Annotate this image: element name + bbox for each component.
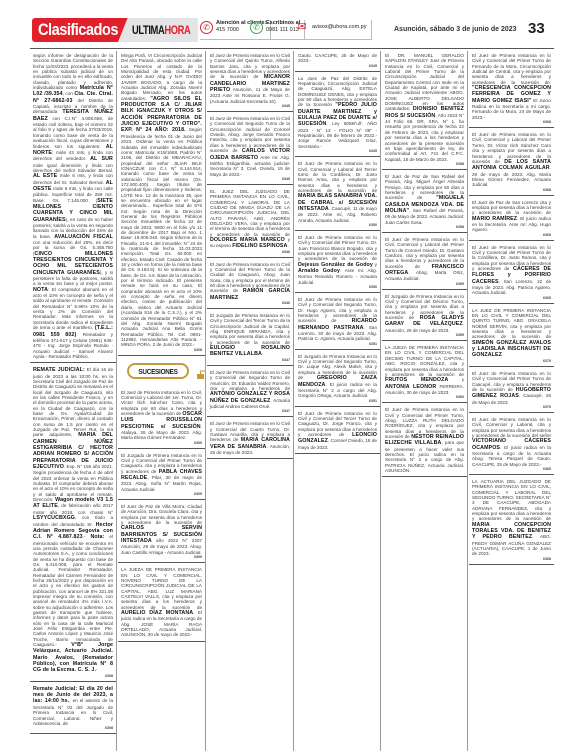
notice-text: El DR. MANUEL GERALDO SAPILDIN STANLEY J…	[385, 53, 464, 162]
notice-text: El Juez de Primera Instancia en lo Civil…	[472, 417, 551, 467]
classified-notice: El Juzgado de Primera Instancia en lo Ci…	[207, 311, 293, 366]
classified-notice: El Juzgado de Primera Instancia en lo Ci…	[382, 292, 467, 341]
notice-text: EL JUEZ DEL JUZGADO DE PRIMERA INSTANCIA…	[210, 189, 290, 250]
contact-email: ✉ avisos@uhora.com.py	[295, 20, 372, 40]
classified-notice: Gauto. CAACUPE, 25 de Mayo de 2023.-6349	[295, 51, 380, 72]
classified-notice: El Juez de Primera Instancia en lo Civil…	[469, 130, 554, 195]
notice-text: El Juez de Primera Instancia en lo Civil…	[210, 53, 290, 104]
notice-reference-number: 6308	[33, 674, 113, 678]
classified-notice: El Juzgado de Primera Instancia en lo Ci…	[118, 451, 205, 500]
notice-text: El Juzgado de Primera Instancia en lo Ci…	[121, 453, 202, 492]
notice-text: Remate Judicial: El día 20 del mes de Ju…	[33, 686, 113, 726]
classified-notice: El Juez de Paz de San Rafael del Paraná,…	[382, 172, 467, 233]
classified-notice: El Juzgado de Primera Instancia en lo Ci…	[295, 352, 380, 407]
notice-text: El Juzgado de Primera Instancia en lo Ci…	[210, 313, 290, 358]
column-1: según informe de designación de la Secci…	[30, 51, 117, 751]
notice-reference-number: 6368	[472, 557, 551, 561]
classified-notice: El Juez de Paz de Villa Morra, Ciudad de…	[118, 502, 205, 563]
notice-reference-number: 6345	[210, 177, 290, 181]
sucesiones-label-pill: SUCESIONES	[127, 363, 189, 379]
notice-text: Minga Porã, VI Circunscripción Judicial …	[121, 53, 202, 348]
page-header: Clasificados ULTIMAHORA ✆ Atención al cl…	[0, 16, 580, 44]
notice-reference-number: 6308	[121, 348, 202, 352]
column-6: El Juez de Primera Instancia en lo Civil…	[469, 51, 554, 751]
notice-text: El Juez de Primera Instancia en lo Civil…	[472, 245, 551, 296]
section-title-banner: Clasificados	[32, 18, 130, 42]
notice-reference-number: 6309	[121, 441, 202, 445]
notice-text: El Juez de Primera Instancia en lo Civil…	[472, 53, 551, 120]
notice-text: El Juez de Primera Instancia en lo Civil…	[298, 235, 377, 285]
phone-icon: ✆	[200, 21, 213, 34]
classified-notice: El Juez de Primera Instancia en lo Civil…	[295, 159, 380, 231]
notice-reference-number: 6369	[472, 233, 551, 237]
notice-text: LA JUEZA DE PRIMERA INSTANCIA EN LO CIVI…	[385, 345, 464, 395]
classified-notice: El Juez de Primera Instancia en lo Civil…	[118, 388, 205, 449]
notice-text: El Juez de Primera Instancia en lo Civil…	[385, 237, 464, 282]
header-divider	[30, 48, 554, 49]
notice-text: El Juez de Primera Instancia en lo Civil…	[121, 390, 202, 441]
classified-notice: según informe de designación de la Secci…	[30, 51, 116, 363]
notice-text: El Juez de Primera Instancia en lo Civil…	[472, 371, 551, 405]
classified-notice: EL JUEZ DEL JUZGADO DE PRIMERA INSTANCIA…	[207, 187, 293, 258]
notice-text: El Juez de Primera Instancia en lo Civil…	[298, 297, 377, 342]
classified-notice: Minga Porã, VI Circunscripción Judicial …	[118, 51, 205, 356]
notice-reference-number: 6346	[210, 301, 290, 305]
classified-notice: El DR. MANUEL GERALDO SAPILDIN STANLEY J…	[382, 51, 467, 170]
classified-notice: El Juez de Primera Instancia en lo Civil…	[469, 415, 554, 475]
notice-reference-number: 6349	[298, 149, 377, 153]
notice-reference-number: 6370	[472, 405, 551, 409]
notice-reference-number: 6360	[385, 395, 464, 399]
notice-reference-number: 6358	[385, 225, 464, 229]
notice-reference-number: 6369	[472, 467, 551, 471]
column-4: Gauto. CAACUPE, 25 de Mayo de 2023.-6349…	[295, 51, 381, 751]
notice-reference-number: 6369	[472, 296, 551, 300]
notice-reference-number: 6346	[210, 250, 290, 254]
notice-reference-number: 6351	[298, 399, 377, 403]
notice-reference-number: 6309	[121, 555, 202, 559]
notice-reference-number: 6368	[472, 120, 551, 124]
notice-reference-number: 6347	[210, 358, 290, 362]
classified-notice: LA JUEZA DE PRIMERA INSTANCIA EN LO CIVI…	[118, 565, 205, 641]
notice-text: LA JUEZ DE PRIMERA INSTANCIA EN LO CIVIL…	[472, 308, 551, 359]
classified-notice: El Juez de Primera Instancia en lo Civil…	[207, 368, 293, 417]
classified-notice: La Juez de Paz del Distrito de Repatriac…	[295, 74, 380, 157]
notice-reference-number: 6347	[210, 409, 290, 413]
page-number: 33	[528, 20, 545, 37]
classified-notice: El Juez de Primera Instancia en lo Civil…	[382, 405, 467, 477]
notice-text: El Juzgado de Primera Instancia en lo Ci…	[385, 294, 464, 333]
column-2: Minga Porã, VI Circunscripción Judicial …	[118, 51, 206, 751]
classified-notice: El Juez de Primera Instancia en lo Civil…	[382, 235, 467, 290]
notice-text: El Juez de Primera Instancia en lo Civil…	[298, 411, 377, 450]
notice-text: Gauto. CAACUPE, 25 de Mayo de 2023.-	[298, 53, 377, 64]
envelope-icon: ✉	[295, 21, 309, 34]
column-5: El DR. MANUEL GERALDO SAPILDIN STANLEY J…	[382, 51, 468, 751]
notice-text: El Juez de Primera Instancia en lo Civil…	[385, 407, 464, 473]
classified-notice: Remate Judicial: El día 20 del mes de Ju…	[30, 684, 116, 734]
notice-text: El Juez de Paz de Villa Morra, Ciudad de…	[121, 504, 202, 555]
classified-notice: LA ACTUARIA DEL JUZGADO DE PRIMERA INSTA…	[469, 477, 554, 565]
notice-reference-number: 6349	[298, 64, 377, 68]
notice-text: El Juez de Paz de San Lorenzo cita y emp…	[472, 200, 551, 233]
notice-text: El Juez de Primera Instancia en lo Civil…	[298, 161, 377, 223]
classified-notice: El Juez de Primera Instancia en lo Civil…	[295, 409, 380, 454]
dateline: Asunción, sábado 3 de junio de 2023	[394, 26, 517, 33]
column-3: El Juez de Primera Instancia en lo Civil…	[207, 51, 294, 751]
notice-reference-number: 6345	[210, 104, 290, 108]
classified-notice: El Juez de Primera Instancia en lo Civil…	[469, 51, 554, 128]
classified-notice: LA JUEZA DE PRIMERA INSTANCIA EN LO CIVI…	[382, 343, 467, 403]
notice-reference-number: 6358	[385, 162, 464, 166]
classified-notice: El Juez de Paz de San Lorenzo cita y emp…	[469, 198, 554, 241]
notice-reference-number: 6308	[33, 726, 113, 730]
newspaper-logo: ULTIMAHORA	[132, 23, 190, 37]
notice-reference-number: 6309	[121, 492, 202, 496]
classified-notice: El Juez de Primera Instancia en lo Civil…	[207, 419, 293, 459]
classified-notice: El Juez de Primera Instancia en lo Civil…	[295, 295, 380, 350]
notice-reference-number: 6359	[385, 282, 464, 286]
whatsapp-icon: ✆	[250, 21, 263, 34]
notice-reference-number: 6350	[298, 223, 377, 227]
classified-notice: REMATE JUDICIAL: El día 16 de junio de 2…	[30, 365, 116, 682]
notice-text: LA ACTUARIA DEL JUZGADO DE PRIMERA INSTA…	[472, 479, 551, 557]
classified-notice: LA JUEZ DE PRIMERA INSTANCIA EN LO CIVIL…	[469, 306, 554, 367]
classified-notice: El Juez de Primera Instancia en lo Civil…	[207, 260, 293, 309]
family-tree-icon	[197, 362, 206, 380]
notice-reference-number: 6370	[472, 359, 551, 363]
notice-text: El Juez de Paz de San Rafael del Paraná,…	[385, 174, 464, 225]
notice-text: REMATE JUDICIAL: El día 16 de junio de 2…	[33, 367, 113, 674]
classified-notice: El Juez de Primera Instancia en lo Civil…	[469, 243, 554, 304]
notice-text: La Juez de Paz del Distrito de Repatriac…	[298, 76, 377, 149]
sucesiones-section-banner: SUCESIONES	[121, 360, 202, 382]
classified-notice: El Juez de Primera Instancia en lo Civil…	[295, 233, 380, 293]
notice-text: El Juez de Primera Instancia en lo Civil…	[210, 262, 290, 301]
notice-text: según informe de designación de la Secci…	[33, 53, 113, 359]
notice-text: El Juez de Primera Instancia en lo Civil…	[472, 132, 551, 187]
classifieds-columns: según informe de designación de la Secci…	[30, 51, 554, 751]
notice-reference-number: 6351	[298, 342, 377, 346]
classified-notice: El Juez de Primera Instancia en lo Civil…	[469, 369, 554, 413]
section-title: Clasificados	[38, 20, 118, 40]
notice-text: El Juzgado de Primera Instancia en lo Ci…	[298, 354, 377, 399]
notice-reference-number: 6368	[472, 188, 551, 192]
notice-text: El Juez de Primera Instancia en lo Civil…	[210, 421, 290, 455]
notice-text: El Juez de Primera Instancia en lo Civil…	[210, 370, 290, 409]
notice-reference-number: 6359	[385, 333, 464, 337]
notice-text: LA JUEZA DE PRIMERA INSTANCIA EN LO CIVI…	[121, 567, 202, 637]
classified-notice: El Juez de Primera Instancia en lo Civil…	[207, 51, 293, 112]
newspaper-logo-banner: ULTIMAHORA	[118, 18, 198, 42]
notice-reference-number: 6350	[298, 285, 377, 289]
classified-notice: El Juez de Primera Instancia en lo Civil…	[207, 114, 293, 185]
sucesiones-label: SUCESIONES	[133, 367, 182, 376]
notice-text: El Juez de Primera Instancia en lo Civil…	[210, 116, 290, 177]
